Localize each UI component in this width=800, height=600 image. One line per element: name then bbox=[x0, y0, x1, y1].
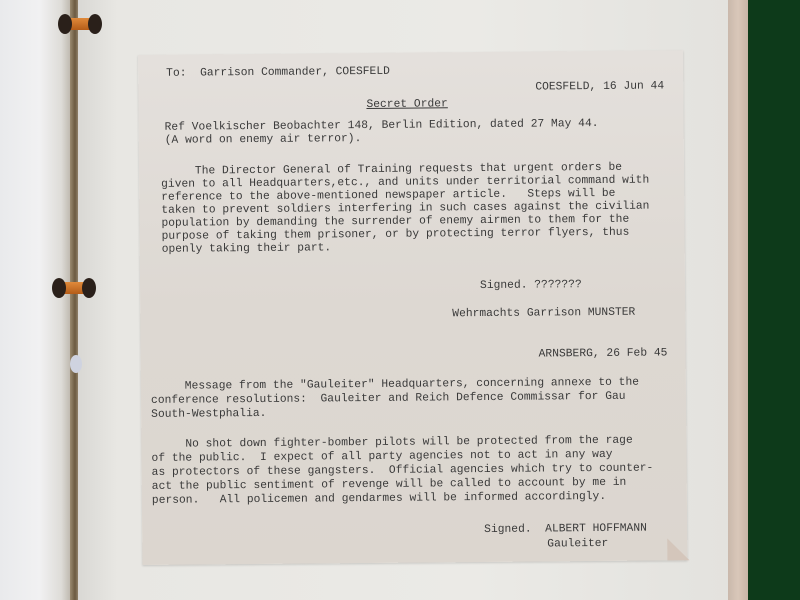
to-line: To: Garrison Commander, COESFELD bbox=[166, 66, 390, 81]
order2-intro-line: conference resolutions: Gauleiter and Re… bbox=[151, 391, 626, 408]
order2-body-line: person. All policemen and gendarmes will… bbox=[152, 491, 606, 508]
order1-title: Secret Order bbox=[366, 98, 447, 112]
order1-body-line: purpose of taking them prisoner, or by p… bbox=[162, 227, 630, 244]
order1-body-line: openly taking their part. bbox=[162, 242, 332, 256]
binder-left-page bbox=[0, 0, 72, 600]
order1-signed: Signed. ??????? bbox=[480, 279, 582, 293]
typed-document: To: Garrison Commander, COESFELD COESFEL… bbox=[138, 50, 687, 565]
ref-line-1: Ref Voelkischer Beobachter 148, Berlin E… bbox=[165, 118, 599, 135]
ref-line-2: (A word on enemy air terror). bbox=[165, 133, 362, 148]
order1-place-date: COESFELD, 16 Jun 44 bbox=[535, 80, 664, 94]
order2-intro-line: South-Westphalia. bbox=[151, 408, 266, 422]
binder-ring-top bbox=[62, 18, 98, 30]
album-page-edge bbox=[728, 0, 748, 600]
folded-corner bbox=[667, 538, 689, 560]
punch-hole bbox=[70, 355, 82, 373]
order2-signed: Signed. ALBERT HOFFMANN bbox=[484, 523, 647, 537]
binder-ring-middle bbox=[56, 282, 92, 294]
order2-place-date: ARNSBERG, 26 Feb 45 bbox=[539, 347, 668, 361]
order1-signatory: Wehrmachts Garrison MUNSTER bbox=[452, 307, 635, 322]
order2-signatory-title: Gauleiter bbox=[547, 538, 608, 552]
